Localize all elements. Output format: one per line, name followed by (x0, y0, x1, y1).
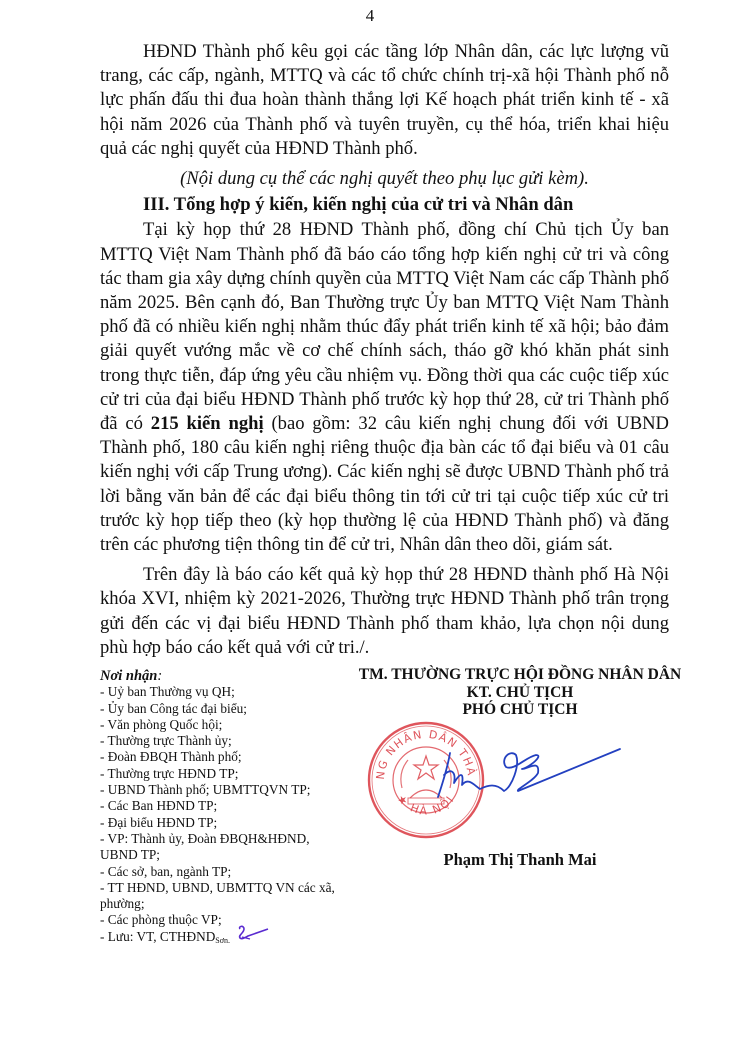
recipient-item: - Văn phòng Quốc hội; (100, 717, 340, 733)
paragraph-closing: Trên đây là báo cáo kết quả kỳ họp thứ 2… (100, 563, 669, 660)
recipient-item: - Đoàn ĐBQH Thành phố; (100, 749, 340, 765)
paragraph-voter-petitions: Tại kỳ họp thứ 28 HĐND Thành phố, đồng c… (100, 218, 669, 557)
section-heading: III. Tổng hợp ý kiến, kiến nghị của cử t… (100, 193, 669, 217)
signature-title-line3: PHÓ CHỦ TỊCH (340, 701, 700, 719)
recipient-item: - Các Ban HĐND TP; (100, 798, 340, 814)
recipient-item: - Ủy ban Công tác đại biểu; (100, 701, 340, 717)
paragraph-call-to-action: HĐND Thành phố kêu gọi các tầng lớp Nhân… (100, 40, 669, 161)
signature-title-line1: TM. THƯỜNG TRỰC HỘI ĐỒNG NHÂN DÂN (340, 666, 700, 684)
petitions-text-before: Tại kỳ họp thứ 28 HĐND Thành phố, đồng c… (100, 219, 669, 434)
recipient-item: - UBND Thành phố; UBMTTQVN TP; (100, 782, 340, 798)
signature-title-line2: KT. CHỦ TỊCH (340, 684, 700, 702)
recipient-item: - Các sở, ban, ngành TP; (100, 864, 340, 880)
petitions-count: 215 kiến nghị (151, 413, 264, 434)
document-body: HĐND Thành phố kêu gọi các tầng lớp Nhân… (100, 40, 669, 660)
recipients-title: Nơi nhận: (100, 668, 340, 684)
recipient-item: - Thường trực Thành ủy; (100, 733, 340, 749)
recipient-item-archive: - Lưu: VT, CTHĐNDSơn. (100, 929, 340, 949)
recipient-item: - Các phòng thuộc VP; (100, 912, 340, 928)
recipient-item: - TT HĐND, UBND, UBMTTQ VN các xã, phườn… (100, 880, 335, 913)
page-number: 4 (0, 6, 740, 26)
initial-mark-icon (236, 925, 272, 943)
recipient-item: - Đại biểu HĐND TP; (100, 815, 340, 831)
handwritten-signature-icon (430, 745, 630, 805)
recipients-list: Nơi nhận: - Uỷ ban Thường vụ QH; - Ủy ba… (100, 668, 340, 949)
signer-name: Phạm Thị Thanh Mai (340, 850, 700, 870)
recipients-title-colon: : (157, 668, 162, 684)
attachment-note: (Nội dung cụ thể các nghị quyết theo phụ… (100, 167, 669, 191)
recipient-item: - Thường trực HĐND TP; (100, 766, 340, 782)
petitions-text-after: (bao gồm: 32 câu kiến nghị chung đối với… (100, 413, 669, 555)
recipients-title-text: Nơi nhận (100, 668, 157, 684)
recipient-item: - VP: Thành ủy, Đoàn ĐBQH&HĐND, UBND TP; (100, 831, 325, 864)
signature-block: TM. THƯỜNG TRỰC HỘI ĐỒNG NHÂN DÂN KT. CH… (340, 666, 700, 719)
archive-text: - Lưu: VT, CTHĐND (100, 929, 215, 944)
archive-initial: Sơn. (215, 936, 230, 945)
recipient-item: - Uỷ ban Thường vụ QH; (100, 684, 340, 700)
